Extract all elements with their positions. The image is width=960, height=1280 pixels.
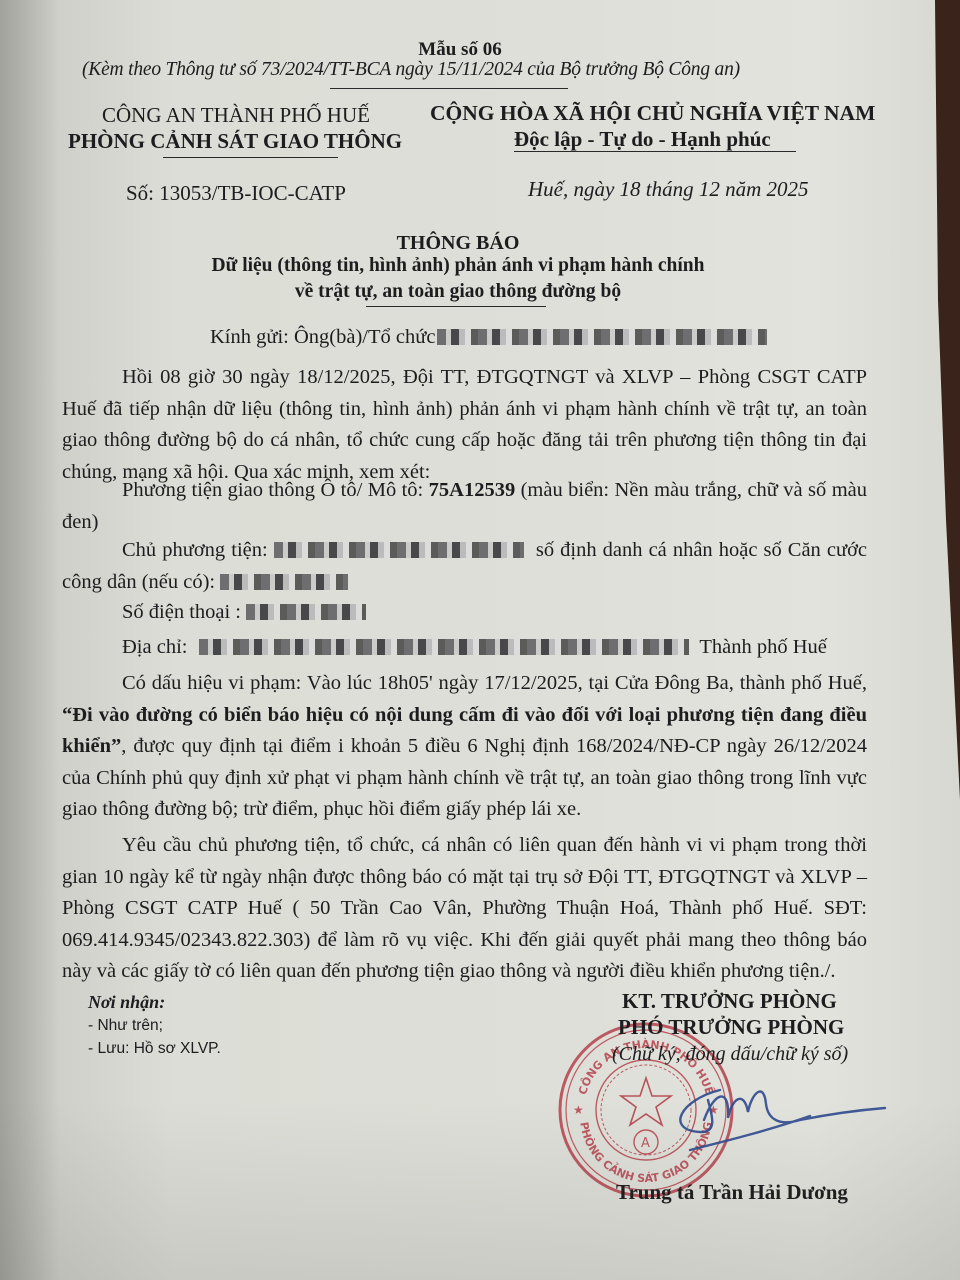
agency-underline	[163, 157, 338, 158]
signature-note: (Chữ ký, đóng dấu/chữ ký số)	[612, 1044, 848, 1064]
document-subtitle-1: Dữ liệu (thông tin, hình ảnh) phản ánh v…	[0, 256, 916, 276]
nation-name: CỘNG HÒA XÃ HỘI CHỦ NGHĨA VIỆT NAM	[430, 103, 875, 125]
owner-paragraph: Chủ phương tiện: số định danh cá nhân ho…	[62, 535, 867, 598]
violation-intro: Có dấu hiệu vi phạm: Vào lúc 18h05' ngày…	[122, 672, 867, 694]
intro-text: Hồi 08 giờ 30 ngày 18/12/2025, Đội TT, Đ…	[62, 366, 867, 483]
phone-paragraph: Số điện thoại :	[62, 597, 867, 629]
address-redacted	[199, 639, 689, 655]
intro-paragraph: Hồi 08 giờ 30 ngày 18/12/2025, Đội TT, Đ…	[62, 362, 867, 488]
recipient-line: Kính gửi: Ông(bà)/Tổ chức	[210, 327, 767, 348]
address-city: Thành phố Huế	[699, 636, 827, 658]
divider	[330, 88, 568, 89]
form-reference: (Kèm theo Thông tư số 73/2024/TT-BCA ngà…	[82, 60, 740, 80]
agency-parent: CÔNG AN THÀNH PHỐ HUẾ	[102, 105, 370, 126]
motto-underline	[514, 151, 796, 152]
nation-motto: Độc lập - Tự do - Hạnh phúc	[514, 129, 771, 150]
signature-title-1: KT. TRƯỞNG PHÒNG	[622, 991, 837, 1012]
svg-text:★: ★	[573, 1103, 584, 1117]
form-number: Mẫu số 06	[0, 40, 920, 59]
title-underline	[366, 306, 546, 307]
gear-emblem-icon: A	[634, 1130, 658, 1154]
vehicle-label: Phương tiện giao thông Ô tô/ Mô tô:	[122, 479, 429, 501]
recipients-title: Nơi nhận:	[88, 993, 165, 1011]
recipient-item: - Như trên;	[88, 1018, 163, 1034]
request-text: Yêu cầu chủ phương tiện, tổ chức, cá nhâ…	[62, 834, 867, 982]
recipient-redacted	[437, 329, 767, 345]
vehicle-paragraph: Phương tiện giao thông Ô tô/ Mô tô: 75A1…	[62, 475, 867, 538]
signature-title-2: PHÓ TRƯỞNG PHÒNG	[618, 1017, 844, 1038]
place-date: Huế, ngày 18 tháng 12 năm 2025	[528, 179, 809, 200]
address-paragraph: Địa chỉ: Thành phố Huế	[62, 632, 867, 664]
handwritten-signature	[660, 1070, 890, 1170]
document-number: Số: 13053/TB-IOC-CATP	[126, 183, 346, 204]
request-paragraph: Yêu cầu chủ phương tiện, tổ chức, cá nhâ…	[62, 830, 867, 988]
phone-redacted	[246, 604, 366, 620]
agency-name: PHÒNG CẢNH SÁT GIAO THÔNG	[68, 131, 402, 152]
owner-label: Chủ phương tiện:	[122, 539, 268, 561]
address-label: Địa chỉ:	[122, 636, 187, 658]
recipient-item: - Lưu: Hồ sơ XLVP.	[88, 1041, 221, 1057]
owner-id-redacted	[220, 574, 348, 590]
svg-text:A: A	[641, 1136, 650, 1151]
violation-legal-basis: , được quy định tại điểm i khoản 5 điều …	[62, 735, 867, 820]
license-plate: 75A12539	[429, 479, 516, 501]
document-subtitle-2: về trật tự, an toàn giao thông đường bộ	[0, 282, 916, 302]
violation-paragraph: Có dấu hiệu vi phạm: Vào lúc 18h05' ngày…	[62, 668, 867, 826]
recipient-label: Kính gửi: Ông(bà)/Tổ chức	[210, 326, 435, 348]
owner-redacted	[274, 542, 524, 558]
document-title: THÔNG BÁO	[0, 233, 916, 253]
phone-label: Số điện thoại :	[122, 601, 241, 623]
signer-name: Trung tá Trần Hải Dương	[616, 1182, 848, 1203]
